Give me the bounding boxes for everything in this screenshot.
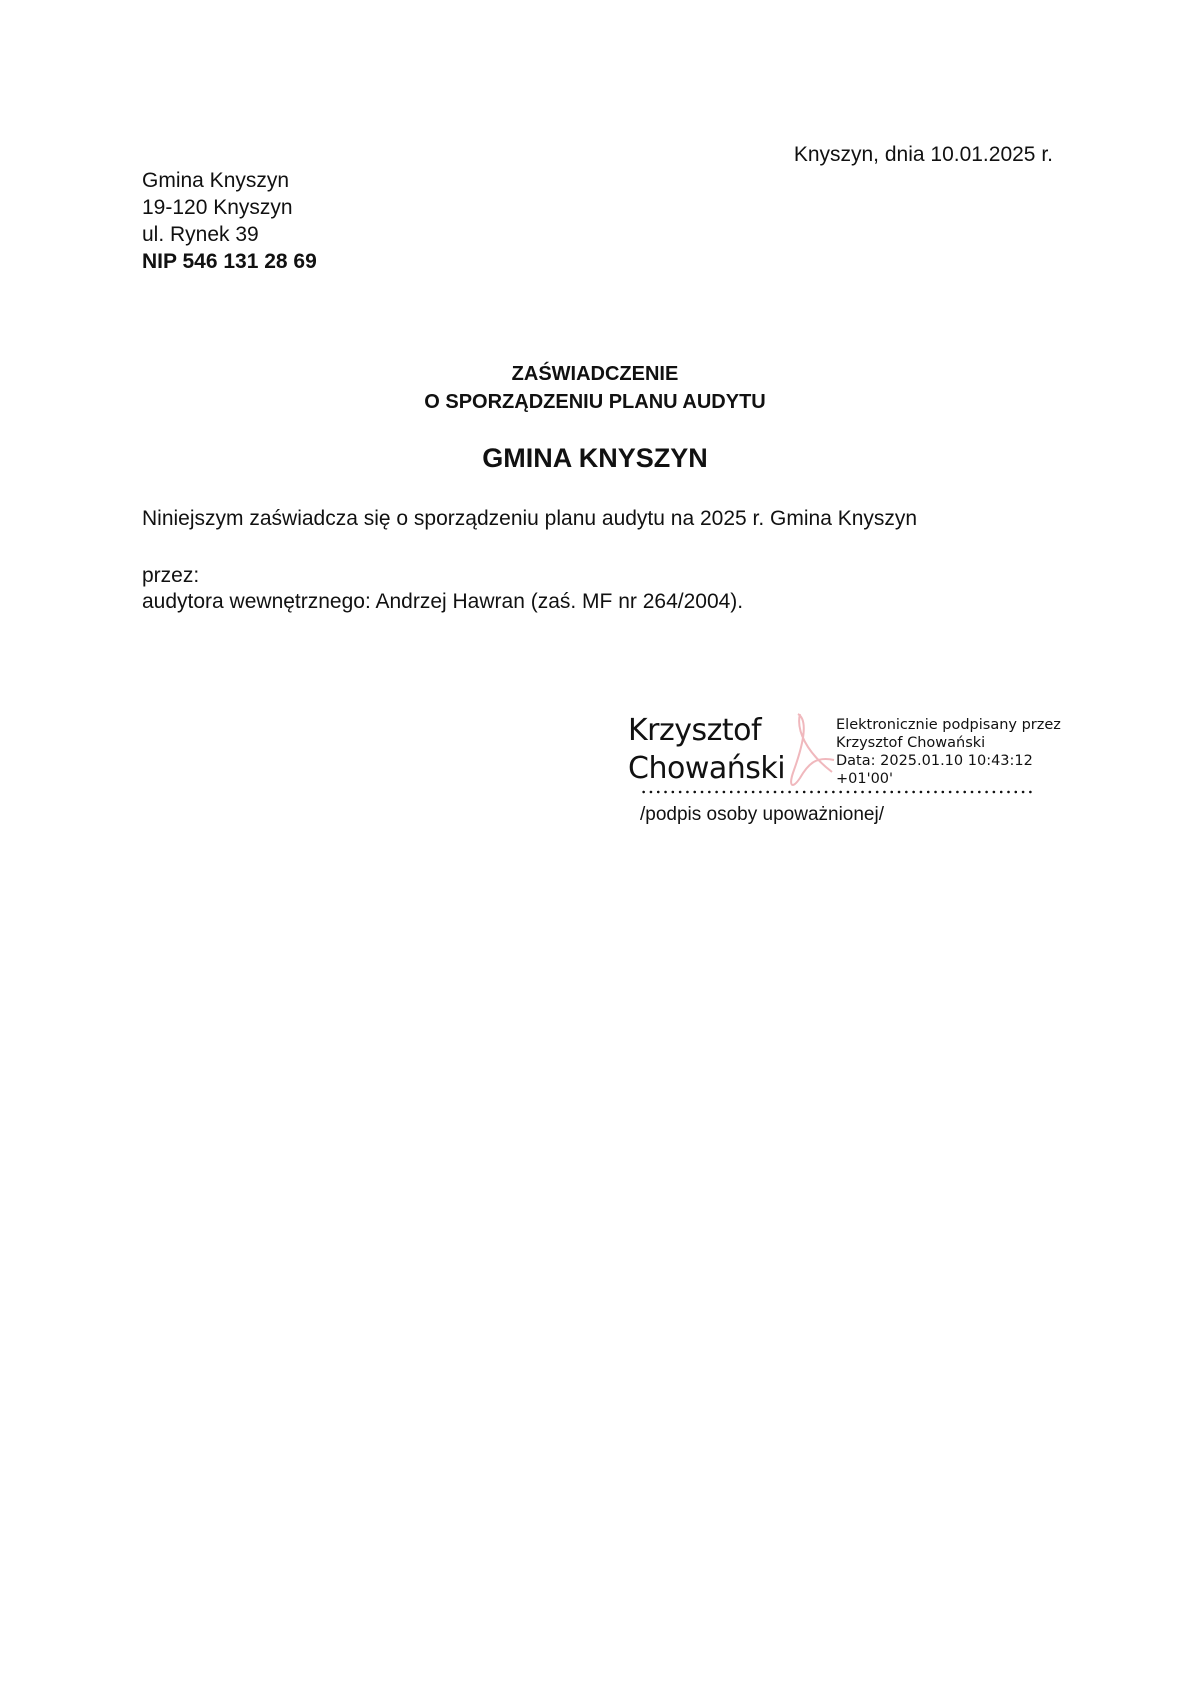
sender-postal: 19-120 Knyszyn [142,194,317,221]
title-line-1: ZAŚWIADCZENIE [0,360,1190,388]
sender-street: ul. Rynek 39 [142,221,317,248]
title-line-2: O SPORZĄDZENIU PLANU AUDYTU [0,388,1190,416]
document-heading: GMINA KNYSZYN [0,441,1190,475]
signature-caption: /podpis osoby upoważnionej/ [640,803,884,827]
signature-info: Elektronicznie podpisany przez Krzysztof… [836,716,1061,788]
signature-name: Krzysztof Chowański [628,712,785,788]
document-title: ZAŚWIADCZENIE O SPORZĄDZENIU PLANU AUDYT… [0,360,1190,416]
signature-dotted-line [640,790,1036,794]
signature-info-line: Data: 2025.01.10 10:43:12 [836,752,1061,770]
signature-info-line: Krzysztof Chowański [836,734,1061,752]
signature-info-line: +01'00' [836,770,1061,788]
body-statement: Niniejszym zaświadcza się o sporządzeniu… [142,505,917,532]
body-auditor: audytora wewnętrznego: Andrzej Hawran (z… [142,588,743,615]
place-and-date: Knyszyn, dnia 10.01.2025 r. [794,141,1053,168]
sender-nip: NIP 546 131 28 69 [142,248,317,275]
signature-info-line: Elektronicznie podpisany przez [836,716,1061,734]
digital-signature-mark-icon [786,712,836,792]
signature-last-name: Chowański [628,750,785,788]
signature-first-name: Krzysztof [628,712,785,750]
sender-address: Gmina Knyszyn 19-120 Knyszyn ul. Rynek 3… [142,167,317,275]
body-by-label: przez: [142,562,199,589]
sender-name: Gmina Knyszyn [142,167,317,194]
